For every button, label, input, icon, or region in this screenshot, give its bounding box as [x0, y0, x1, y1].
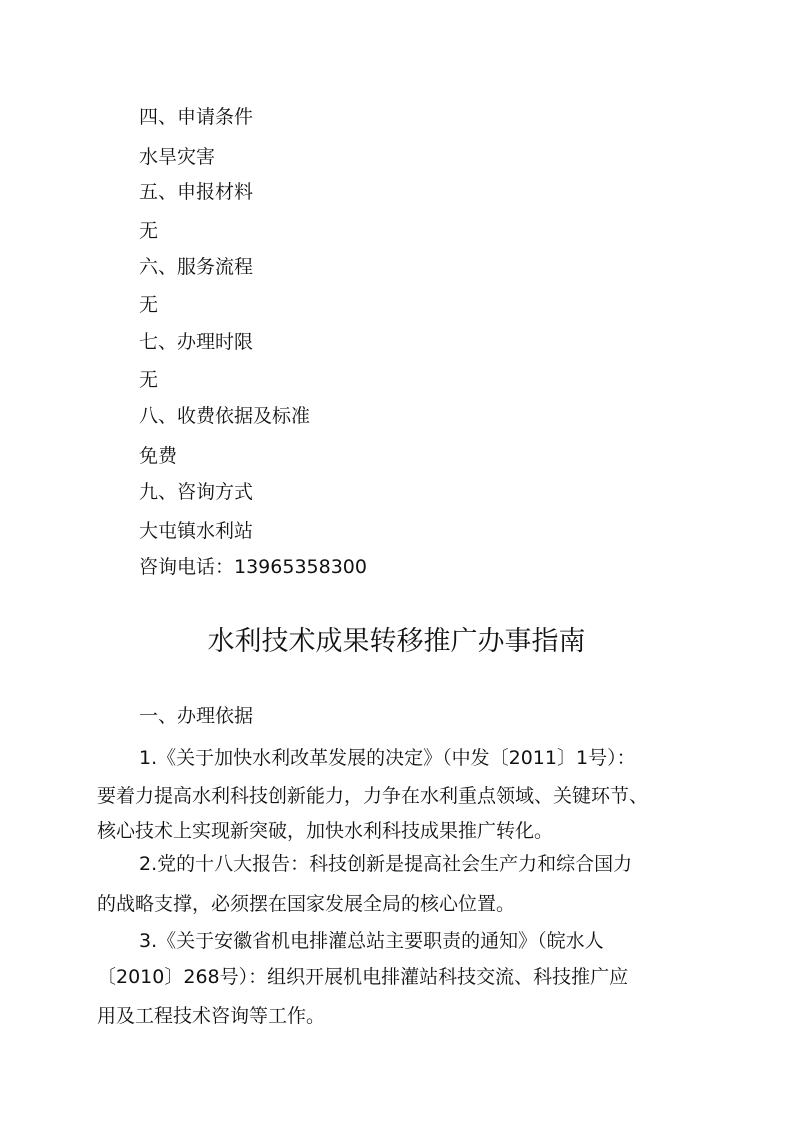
basis-line: 2.党的十八大报告：科技创新是提高社会生产力和综合国力 — [139, 852, 632, 876]
content-consultation: 大屯镇水利站 — [139, 519, 253, 543]
heading-fees: 八、收费依据及标准 — [139, 404, 310, 428]
section-heading-basis: 一、办理依据 — [139, 704, 253, 728]
basis-line: 1.《关于加快水利改革发展的决定》（中发〔2011〕1号）： — [139, 746, 636, 770]
basis-line: 核心技术上实现新突破，加快水利科技成果推广转化。 — [97, 819, 553, 843]
heading-process: 六、服务流程 — [139, 255, 253, 279]
heading-materials: 五、申报材料 — [139, 180, 253, 204]
content-conditions: 水旱灾害 — [139, 145, 215, 169]
consultation-phone: 咨询电话：13965358300 — [139, 555, 367, 579]
content-materials: 无 — [139, 219, 158, 243]
basis-line: 用及工程技术咨询等工作。 — [97, 1004, 325, 1028]
heading-consultation: 九、咨询方式 — [139, 480, 253, 504]
content-fees: 免费 — [139, 444, 177, 468]
basis-line: 的战略支撑，必须摆在国家发展全局的核心位置。 — [97, 892, 515, 916]
guide-title: 水利技术成果转移推广办事指南 — [0, 625, 793, 659]
basis-line: 要着力提高水利科技创新能力，力争在水利重点领域、关键环节、 — [97, 784, 648, 808]
heading-time-limit: 七、办理时限 — [139, 330, 253, 354]
basis-line: 〔2010〕268号）：组织开展机电排灌站科技交流、科技推广应 — [97, 965, 628, 989]
basis-line: 3.《关于安徽省机电排灌总站主要职责的通知》（皖水人 — [139, 929, 604, 953]
heading-conditions: 四、申请条件 — [139, 105, 253, 129]
content-time-limit: 无 — [139, 368, 158, 392]
content-process: 无 — [139, 293, 158, 317]
